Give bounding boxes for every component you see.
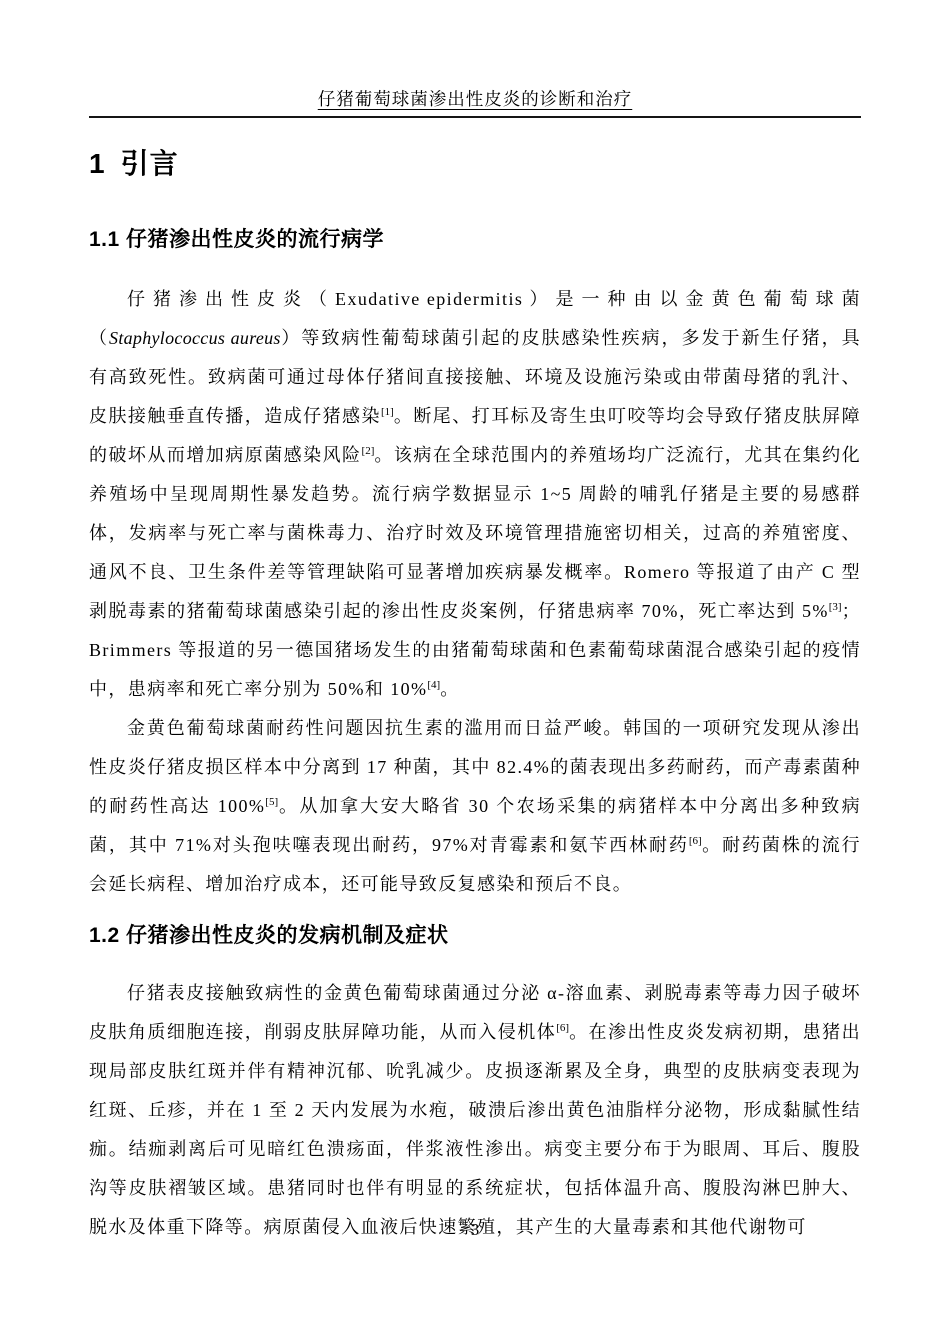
page-number: 3 [471, 1220, 480, 1239]
page-footer: 3 [0, 1220, 950, 1240]
paragraph-epidemiology-2: 金黄色葡萄球菌耐药性问题因抗生素的滥用而日益严峻。韩国的一项研究发现从渗出性皮炎… [89, 709, 861, 904]
section-heading-1-2: 1.2 仔猪渗出性皮炎的发病机制及症状 [89, 922, 861, 950]
paragraph-pathogenesis: 仔猪表皮接触致病性的金黄色葡萄球菌通过分泌 α-溶血素、剥脱毒素等毒力因子破坏皮… [89, 974, 861, 1247]
document-page: 仔猪葡萄球菌渗出性皮炎的诊断和治疗 1 引言 1.1 仔猪渗出性皮炎的流行病学 … [0, 0, 950, 1344]
chapter-heading: 1 引言 [89, 146, 861, 182]
section-heading-1-1: 1.1 仔猪渗出性皮炎的流行病学 [89, 226, 861, 254]
page-header: 仔猪葡萄球菌渗出性皮炎的诊断和治疗 [89, 0, 861, 118]
page-body: 仔猪葡萄球菌渗出性皮炎的诊断和治疗 1 引言 1.1 仔猪渗出性皮炎的流行病学 … [0, 0, 950, 1247]
paragraph-epidemiology-1: 仔 猪 渗 出 性 皮 炎 （ Exudative epidermitis ） … [89, 280, 861, 709]
running-head-title: 仔猪葡萄球菌渗出性皮炎的诊断和治疗 [318, 89, 633, 109]
